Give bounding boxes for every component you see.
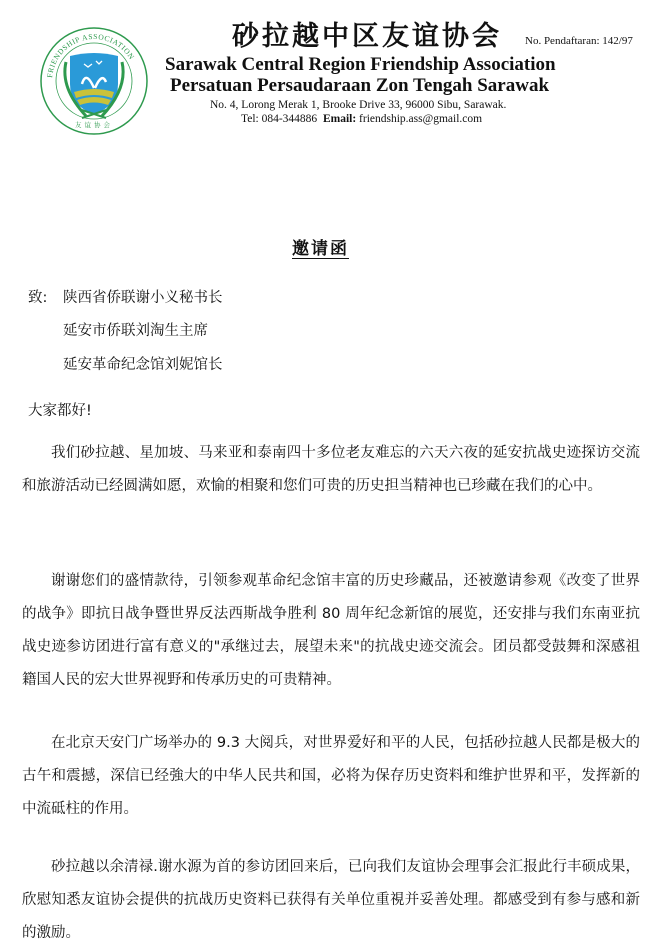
recipient-line: 陕西省侨联谢小义秘书长 [63, 286, 223, 307]
registration-number: No. Pendaftaran: 142/97 [525, 35, 633, 47]
tel-number: 084-344886 [262, 113, 318, 125]
body-paragraph: 我们砂拉越、星加坡、马来亚和泰南四十多位老友难忘的六天六夜的延安抗战史迹探访交流… [22, 437, 640, 503]
email-label: Email: [323, 113, 356, 125]
friendship-association-emblem-icon: FRIENDSHIP ASSOCIATION 友谊协会 [38, 26, 150, 136]
tel-label: Tel: [241, 113, 259, 125]
to-label: 致: [28, 286, 47, 307]
association-english-name: Sarawak Central Region Friendship Associ… [165, 54, 556, 76]
svg-text:友谊协会: 友谊协会 [75, 120, 113, 129]
association-address: No. 4, Lorong Merak 1, Brooke Drive 33, … [210, 99, 506, 111]
email-address: friendship.ass@gmail.com [359, 113, 482, 125]
letter-page: FRIENDSHIP ASSOCIATION 友谊协会 砂拉越中区友谊协会 No… [0, 0, 660, 945]
association-chinese-name: 砂拉越中区友谊协会 [232, 14, 502, 53]
body-paragraph: 谢谢您们的盛情款待，引领参观革命纪念馆丰富的历史珍藏品，还被邀请参观《改变了世界… [22, 565, 640, 697]
body-paragraph: 在北京天安门广场举办的 9.3 大阅兵，对世界爱好和平的人民，包括砂拉越人民都是… [22, 727, 640, 826]
association-malay-name: Persatuan Persaudaraan Zon Tengah Sarawa… [170, 75, 549, 97]
letter-title: 邀请函 [292, 234, 349, 259]
recipient-line: 延安革命纪念馆刘妮馆长 [63, 353, 223, 374]
greeting: 大家都好! [28, 399, 92, 420]
recipient-line: 延安市侨联刘淘生主席 [63, 319, 208, 340]
contact-line: Tel: 084-344886 Email: friendship.ass@gm… [241, 113, 482, 125]
body-paragraph: 砂拉越以余清禄.谢水源为首的参访团回来后，已向我们友谊协会理事会汇报此行丰硕成果… [22, 851, 640, 945]
